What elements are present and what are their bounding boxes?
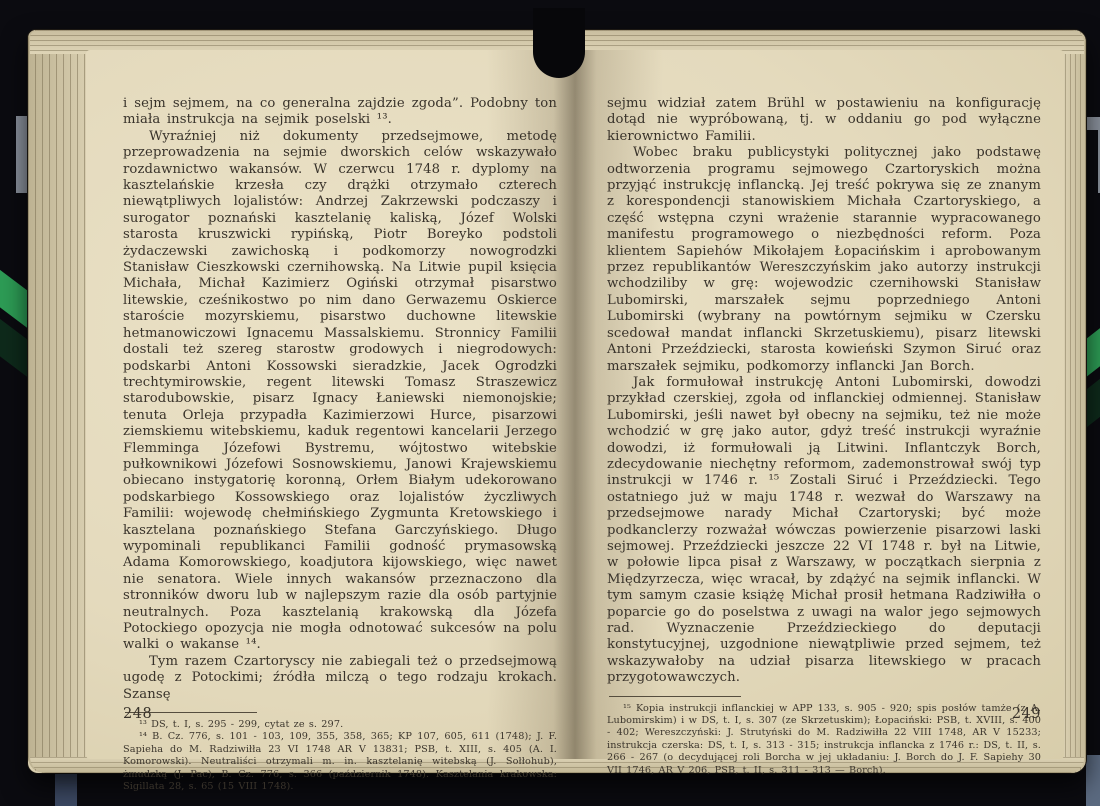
photo-backdrop: i sejm sejmem, na co generalna zajdzie z… bbox=[0, 0, 1100, 806]
left-page-footnotes: ¹³ DS, t. I, s. 295 - 299, cytat ze s. 2… bbox=[123, 719, 557, 793]
body-paragraph: sejmu widział zatem Brühl w postawieniu … bbox=[607, 96, 1041, 145]
page-number-left: 248 bbox=[123, 706, 557, 722]
open-book: i sejm sejmem, na co generalna zajdzie z… bbox=[28, 30, 1086, 773]
left-page-content: i sejm sejmem, na co generalna zajdzie z… bbox=[123, 96, 557, 793]
blue-bar-bottom-right bbox=[1086, 755, 1100, 806]
footnote-rule-right bbox=[609, 696, 741, 697]
spine-top-notch bbox=[533, 8, 585, 78]
body-paragraph: Tym razem Czartoryscy nie zabiegali też … bbox=[123, 654, 557, 703]
footnote: ¹⁴ B. Cz. 776, s. 101 - 103, 109, 355, 3… bbox=[123, 731, 557, 793]
body-paragraph: Wyraźniej niż dokumenty przedsejmowe, me… bbox=[123, 129, 557, 654]
left-page-body-text: i sejm sejmem, na co generalna zajdzie z… bbox=[123, 96, 557, 703]
right-page-content: sejmu widział zatem Brühl w postawieniu … bbox=[607, 96, 1041, 777]
page-number-right: 249 bbox=[607, 706, 1041, 722]
body-paragraph: Wobec braku publicystyki politycznej jak… bbox=[607, 145, 1041, 375]
body-paragraph: Jak formułował instrukcję Antoni Lubomir… bbox=[607, 375, 1041, 687]
right-page-body-text: sejmu widział zatem Brühl w postawieniu … bbox=[607, 96, 1041, 687]
body-paragraph: i sejm sejmem, na co generalna zajdzie z… bbox=[123, 96, 557, 129]
